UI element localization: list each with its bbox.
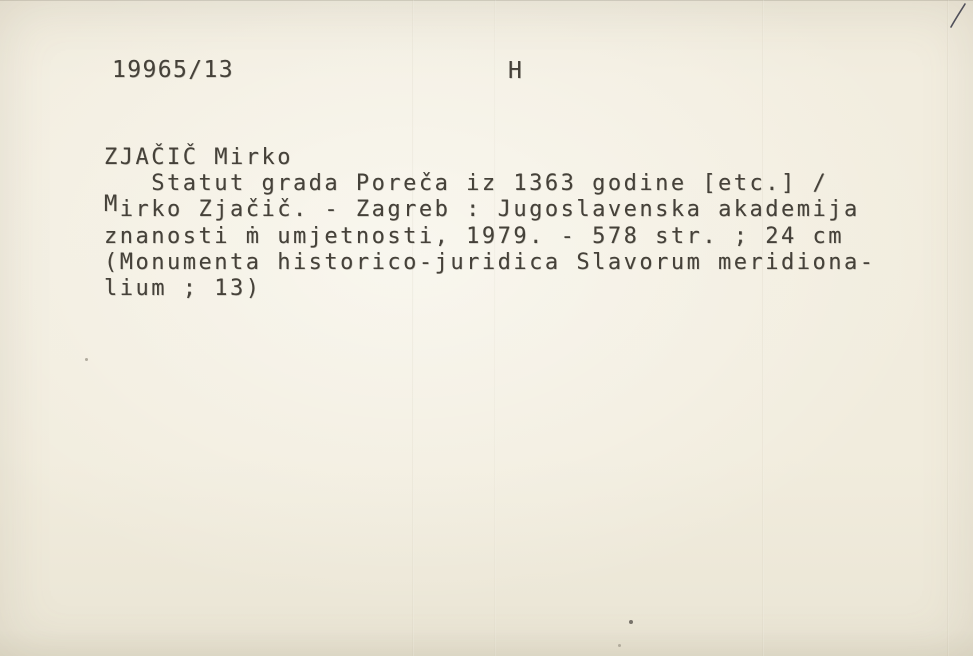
heading-letter: H	[508, 58, 523, 84]
paper-crease	[412, 0, 414, 656]
entry-line: lium ; 13)	[104, 276, 876, 302]
paper-crease	[494, 0, 496, 656]
paper-crease	[947, 0, 949, 656]
ink-speck	[629, 620, 633, 624]
entry-line: znanosti ṁ umjetnosti, 1979. - 578 str. …	[104, 224, 876, 250]
catalog-card: 19965/13 H ZJAČIČ Mirko Statut grada Por…	[0, 0, 973, 656]
ink-speck	[618, 644, 621, 647]
raised-letter: M	[104, 192, 120, 217]
entry-line: Statut grada Poreča iz 1363 godine [etc.…	[104, 171, 876, 197]
entry-line: Mirko Zjačič. - Zagreb : Jugoslavenska a…	[104, 197, 876, 223]
entry-line: (Monumenta historico-juridica Slavorum m…	[104, 250, 876, 276]
ink-speck	[85, 358, 88, 361]
pen-slash-mark	[944, 1, 970, 31]
call-number: 19965/13	[112, 57, 234, 83]
paper-crease	[762, 0, 764, 656]
entry-line: ZJAČIČ Mirko	[104, 145, 876, 171]
catalog-entry: ZJAČIČ Mirko Statut grada Poreča iz 1363…	[104, 145, 876, 302]
